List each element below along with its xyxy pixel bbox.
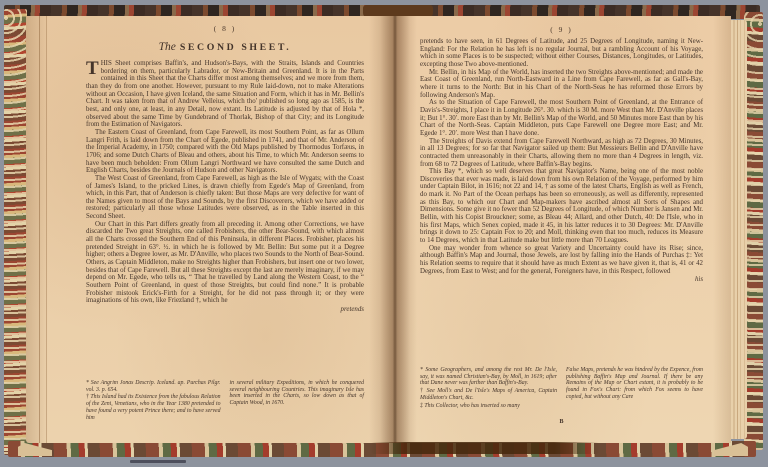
drop-cap: T [86,60,101,76]
paragraph: THIS Sheet comprises Baffin's, and Hudso… [86,60,364,129]
left-page-text-block: ( 8 ) TheSECOND SHEET. THIS Sheet compri… [86,24,364,313]
right-page-footnotes: * Some Geographers, and among the rest M… [420,367,703,410]
right-page-text-block: ( 9 ) pretends to have seen, in 61 Degre… [420,25,703,283]
photo-watermark-smudge [130,460,186,463]
paragraph: The Streights of Davis extend from Cape … [420,138,703,169]
left-page-body: THIS Sheet comprises Baffin's, and Hudso… [86,60,364,313]
paragraph: Our Chart in this Part differs greatly f… [86,221,364,305]
right-page-body: pretends to have seen, in 61 Degrees of … [420,38,703,283]
page-number-left: ( 8 ) [86,24,364,33]
left-page: ( 8 ) TheSECOND SHEET. THIS Sheet compri… [26,16,395,443]
footnote-column: * Some Geographers, and among the rest M… [420,367,557,410]
footnote: in several military Expeditions, in whic… [230,380,365,407]
footnote: * Some Geographers, and among the rest M… [420,367,557,387]
section-title-caps: SECOND SHEET. [180,42,291,53]
page-edge-stack-right [731,20,747,439]
footnote-column: in several military Expeditions, in whic… [230,380,365,422]
left-cover-marbled-edge [4,9,27,455]
right-page: ( 9 ) pretends to have seen, in 61 Degre… [395,16,731,443]
footnote-column: False Maps, pretends he was hindred by t… [566,367,703,410]
catchword-left: pretends [86,306,364,313]
book-photo: ( 8 ) TheSECOND SHEET. THIS Sheet compri… [0,0,768,467]
page-number-right: ( 9 ) [420,25,703,34]
footnote: † See Moll's and De l'Isle's Maps of Ame… [420,388,557,401]
footnote-column: * See Angrim Jonas Descrip. Iceland. ap.… [86,380,221,422]
paragraph: This Bay *, which so well deserves that … [420,168,703,245]
catchword-right: his [420,276,703,283]
bottom-spine-shadow [370,442,600,454]
footnote: False Maps, pretends he was hindred by t… [566,367,703,401]
section-title: TheSECOND SHEET. [86,37,364,55]
paragraph: pretends to have seen, in 61 Degrees of … [420,38,703,69]
left-page-footnotes: * See Angrim Jonas Descrip. Iceland. ap.… [86,380,364,422]
paragraph: The West Coast of Greenland, from Cape F… [86,175,364,221]
paragraph-text: HIS Sheet comprises Baffin's, and Hudson… [86,60,364,128]
footnote: ‡ This Collector, who has inserted so ma… [420,403,557,410]
paragraph: As to the Situation of Cape Farewell, th… [420,99,703,137]
gutter-shadow [380,16,410,443]
footnote: † This Island had its Existence from the… [86,394,221,421]
paragraph: The Eastern Coast of Greenland, from Cap… [86,129,364,175]
paragraph: One may wonder from whence so great Vari… [420,245,703,276]
paragraph: Mr. Bellin, in his Map of the World, has… [420,69,703,100]
footnote: * See Angrim Jonas Descrip. Iceland. ap.… [86,380,221,393]
signature-mark: B [420,419,703,425]
section-title-the: The [159,41,176,53]
